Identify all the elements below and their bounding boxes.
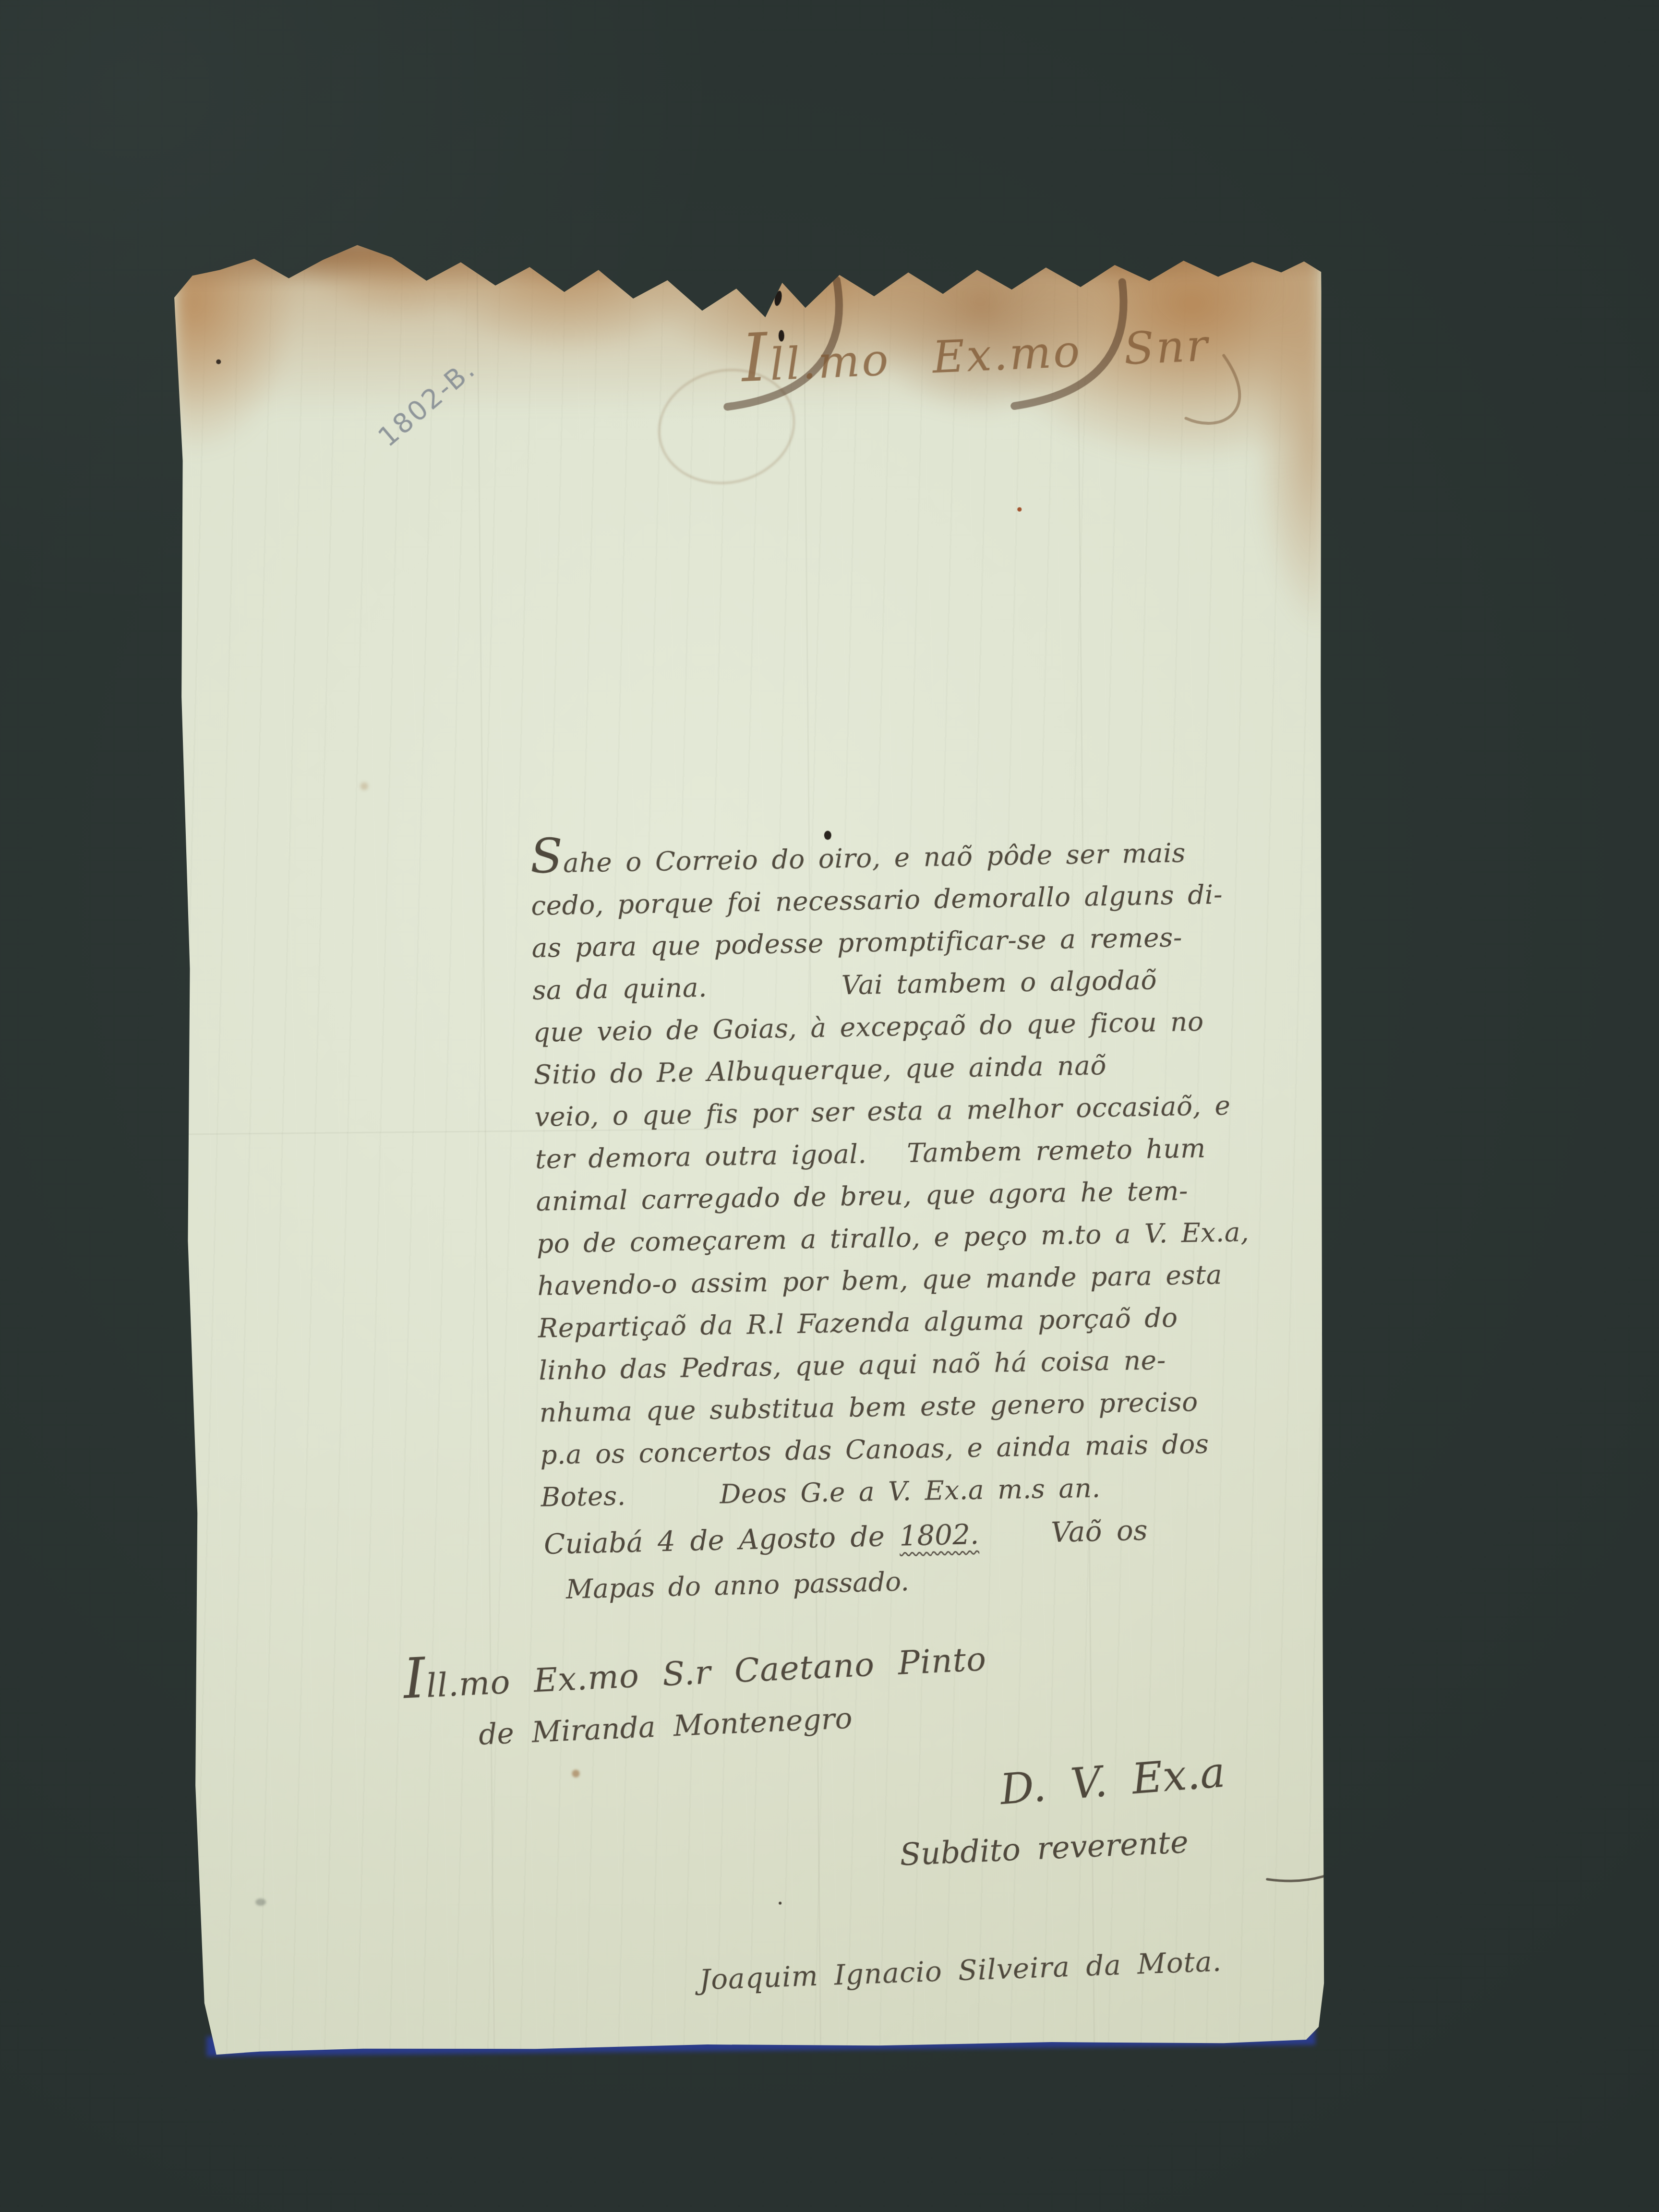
faint-stain-spot [361, 782, 368, 790]
ink-blot [824, 830, 831, 840]
dark-speck [216, 360, 221, 364]
date-postscript-start: Vaõ os [1050, 1514, 1148, 1549]
manuscript-page: Ill.mo Ex.mo Snr 1802-B. Sahe o Correio … [174, 232, 1338, 2058]
ink-dot [779, 1902, 781, 1905]
dark-speck [292, 266, 296, 271]
red-foxing-spot [1017, 507, 1022, 512]
letter-body: Sahe o Correio do oiro, e naõ pôde ser m… [530, 830, 1290, 1518]
worm-hole [779, 330, 784, 341]
brown-foxing-spot [572, 1770, 579, 1778]
dark-speck [585, 267, 589, 274]
photograph-background: Ill.mo Ex.mo Snr 1802-B. Sahe o Correio … [0, 0, 1659, 2212]
date-year-underlined: 1802. [899, 1518, 980, 1552]
